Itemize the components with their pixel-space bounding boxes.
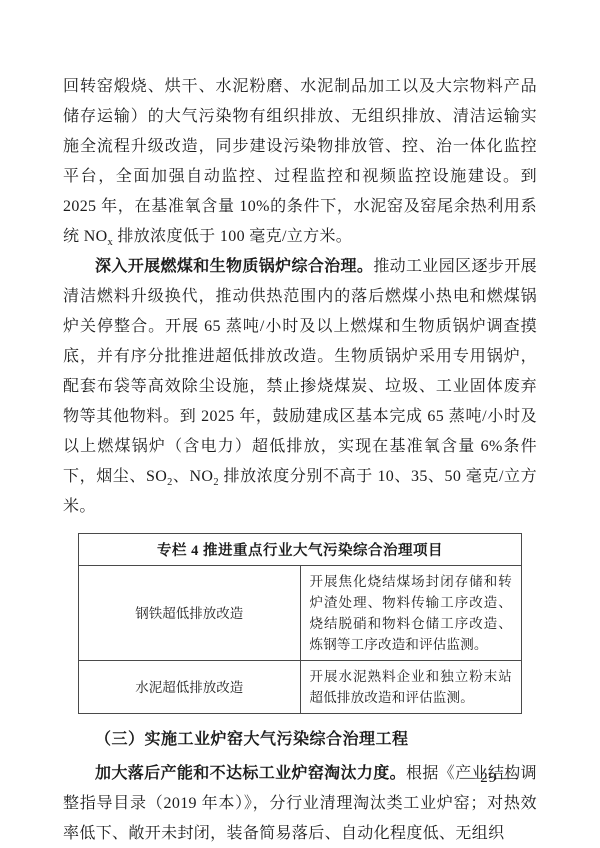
box4-title: 专栏 4 推进重点行业大气污染综合治理项目 [79, 534, 522, 566]
box4-row-steel-content: 开展焦化烧结煤场封闭存储和转炉渣处理、物料传输工序改造、烧结脱硝和物料仓储工序改… [300, 566, 522, 661]
box4-title-row: 专栏 4 推进重点行业大气污染综合治理项目 [79, 534, 522, 566]
table-row: 水泥超低排放改造 开展水泥熟料企业和独立粉末站超低排放改造和评估监测。 [79, 661, 522, 714]
document-page: 回转窑煅烧、烘干、水泥粉磨、水泥制品加工以及大宗物料产品储存运输）的大气污染物有… [0, 0, 600, 848]
table-row: 钢铁超低排放改造 开展焦化烧结煤场封闭存储和转炉渣处理、物料传输工序改造、烧结脱… [79, 566, 522, 661]
section-heading-3: （三）实施工业炉窑大气污染综合治理工程 [63, 725, 537, 755]
box4-table: 专栏 4 推进重点行业大气污染综合治理项目 钢铁超低排放改造 开展焦化烧结煤场封… [78, 533, 522, 714]
page-body: 回转窑煅烧、烘干、水泥粉磨、水泥制品加工以及大宗物料产品储存运输）的大气污染物有… [63, 72, 537, 848]
paragraph-cement-kiln-emissions: 回转窑煅烧、烘干、水泥粉磨、水泥制品加工以及大宗物料产品储存运输）的大气污染物有… [63, 72, 537, 252]
box4-row-cement-content: 开展水泥熟料企业和独立粉末站超低排放改造和评估监测。 [300, 661, 522, 714]
paragraph-boiler-treatment: 深入开展燃煤和生物质锅炉综合治理。推动工业园区逐步开展清洁燃料升级换代，推动供热… [63, 252, 537, 522]
page-number: — 29 — [460, 770, 519, 787]
box4-row-steel-label: 钢铁超低排放改造 [79, 566, 301, 661]
box4-row-cement-label: 水泥超低排放改造 [79, 661, 301, 714]
